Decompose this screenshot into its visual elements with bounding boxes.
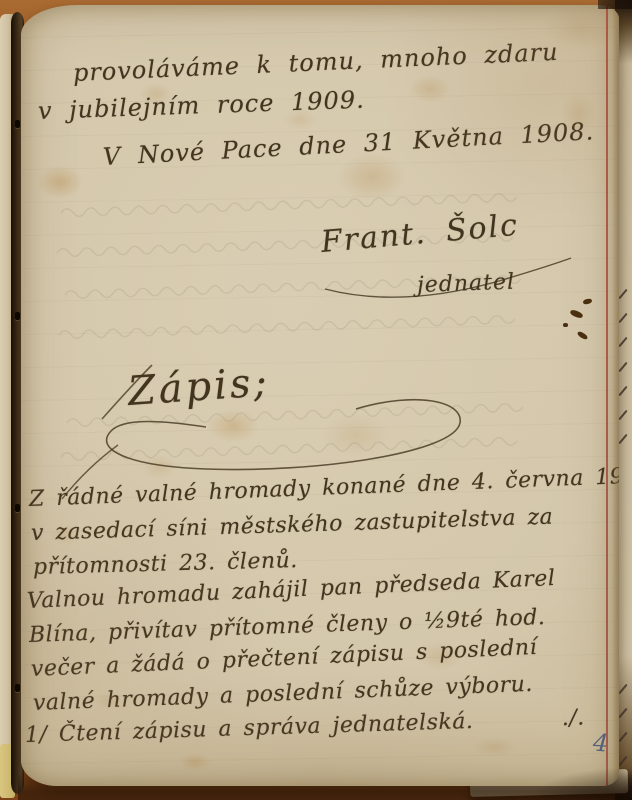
fore-edge-ink-mark xyxy=(618,313,627,323)
foxing-stain xyxy=(37,165,83,199)
binding-stitch xyxy=(15,312,20,320)
ink-blot xyxy=(563,323,568,327)
cover-edge-top-right xyxy=(598,0,632,9)
photo-of-open-minute-book: provoláváme k tomu, mnoho zdaru v jubile… xyxy=(0,0,632,800)
body-line-3: přítomnosti 23. členů. xyxy=(33,548,298,580)
binding-stitch xyxy=(15,684,20,692)
fore-edge-ink-mark xyxy=(618,708,627,718)
agenda-item-text: 1/ Čtení zápisu a správa jednatelská. xyxy=(25,709,474,748)
foxing-stain xyxy=(409,75,451,103)
fore-edge-ink-mark xyxy=(618,684,627,694)
binding-stitch xyxy=(15,120,20,128)
fore-edge-ink-mark xyxy=(618,434,627,444)
ink-blot xyxy=(569,309,583,319)
closing-line-1: provoláváme k tomu, mnoho zdaru xyxy=(72,38,559,87)
red-margin-line xyxy=(606,5,608,786)
fore-edge-ink-mark xyxy=(618,756,627,766)
agenda-end-mark: ./. xyxy=(561,705,585,731)
signature-title: jednatel xyxy=(417,270,516,298)
ink-blot xyxy=(577,330,589,340)
page-edge-shade xyxy=(612,5,619,786)
foxing-stain xyxy=(179,753,211,771)
fore-edge-ink-mark xyxy=(618,732,627,742)
fore-edge-ink-mark xyxy=(618,386,627,396)
closing-line-2: v jubilejním roce 1909. xyxy=(38,86,366,125)
foxing-stain xyxy=(337,153,407,201)
ink-blot xyxy=(583,298,593,305)
section-heading: Zápis; xyxy=(126,359,271,415)
fore-edge-ink-mark xyxy=(618,337,627,347)
fore-edge-ink-mark xyxy=(618,362,627,372)
binding-stitch xyxy=(15,504,20,512)
foxing-stain xyxy=(473,737,517,757)
dateline: V Nové Pace dne 31 Května 1908. xyxy=(102,117,595,171)
fore-edge-ink-mark xyxy=(618,410,627,420)
fore-edge-ink-mark xyxy=(618,289,627,299)
manuscript-page: provoláváme k tomu, mnoho zdaru v jubile… xyxy=(21,5,619,786)
signature-name: Frant. Šolc xyxy=(319,208,520,260)
